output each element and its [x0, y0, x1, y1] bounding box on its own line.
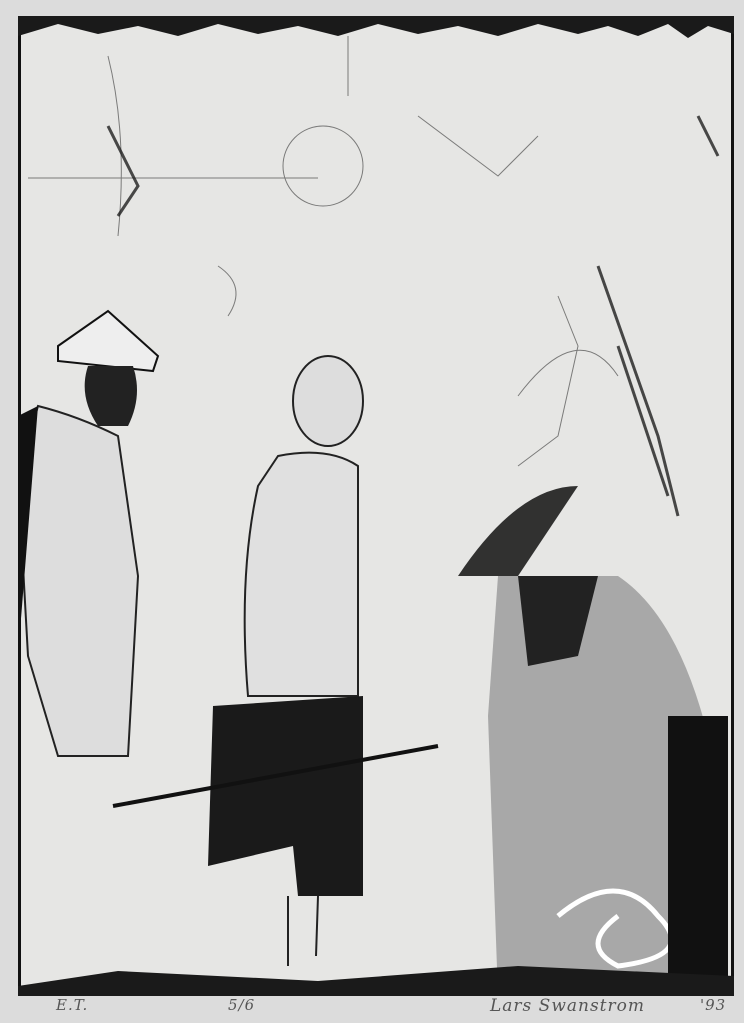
center-standing-figure: [113, 356, 438, 966]
edition-note: E.T.: [56, 996, 88, 1014]
right-hooded-figure: [458, 486, 728, 996]
etching-artwork: [18, 16, 734, 996]
artist-signature: Lars Swanstrom: [490, 996, 645, 1016]
dark-scribbles: [108, 116, 718, 516]
left-figure-with-hat: [18, 311, 158, 756]
edition-number: 5/6: [228, 996, 255, 1014]
etching-plate: [18, 16, 734, 996]
year: '93: [700, 996, 726, 1014]
ink-edge-top: [18, 16, 734, 38]
